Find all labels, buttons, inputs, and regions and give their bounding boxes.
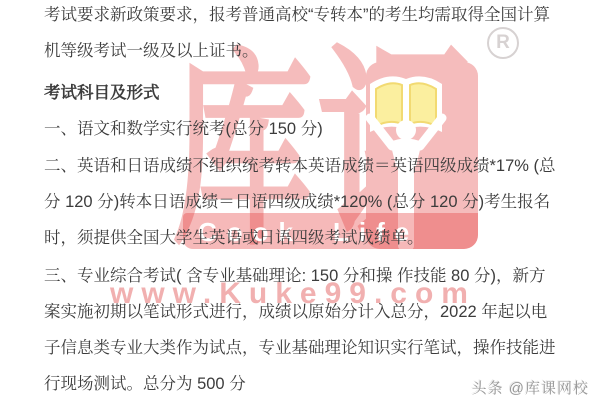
intro-paragraph: 考试要求新政策要求，报考普通高校“专转本”的考生均需取得全国计算机等级考试一级及… <box>44 0 558 69</box>
exam-item-1: 一、语文和数学实行统考(总分 150 分) <box>44 111 558 147</box>
article-body: 考试要求新政策要求，报考普通高校“专转本”的考生均需取得全国计算机等级考试一级及… <box>44 0 558 402</box>
footer-attribution: 头条 @库课网校 <box>472 377 589 398</box>
section-heading: 考试科目及形式 <box>44 75 558 111</box>
exam-item-2: 二、英语和日语成绩不组织统考转本英语成绩＝英语四级成绩*17% (总分 120 … <box>44 148 558 256</box>
article-page: 库 课 Cook Life www.Kuke99.com R 考试要求新政策要求… <box>0 0 598 405</box>
